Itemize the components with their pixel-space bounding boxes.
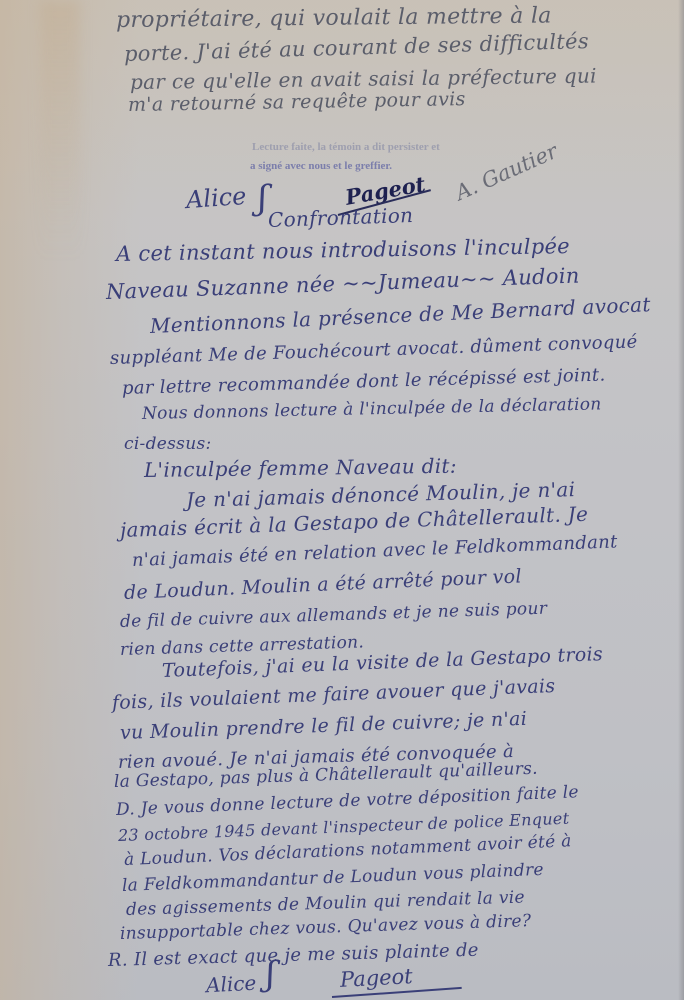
page-edge-shadow — [678, 0, 684, 1000]
handwritten-line: vu Moulin prendre le fil de cuivre; je n… — [120, 708, 528, 744]
handwritten-line: de fil de cuivre aux allemands et je ne … — [120, 599, 548, 632]
signature: Alice — [205, 971, 256, 998]
signature: A. Gautier — [452, 139, 561, 205]
paper-stain — [40, 0, 80, 260]
handwritten-line: ci-dessus: — [124, 434, 212, 454]
handwritten-line: R. Il est exact que je me suis plainte d… — [108, 940, 479, 971]
scanned-document-page: propriétaire, qui voulait la mettre à la… — [0, 0, 684, 1000]
handwritten-line: A cet instant nous introduisons l'inculp… — [116, 234, 570, 266]
handwritten-line: suppléant Me de Fouchécourt avocat. dûme… — [110, 331, 638, 369]
signature: Alice — [185, 182, 247, 214]
handwritten-line: par lettre recommandée dont le récépissé… — [122, 364, 606, 398]
handwritten-line: L'inculpée femme Naveau dit: — [144, 454, 457, 482]
signature-flourish: ʃ — [266, 954, 275, 994]
handwritten-line: Nous donnons lecture à l'inculpée de la … — [142, 394, 602, 424]
stamp-line: Lecture faite, la témoin a dit persister… — [252, 141, 440, 153]
signature-flourish: ʃ — [258, 178, 267, 218]
section-title: Confrontation — [268, 203, 414, 232]
handwritten-line: m'a retourné sa requête pour avis — [128, 88, 466, 116]
stamp-line: a signé avec nous et le greffier. — [250, 160, 392, 172]
handwritten-line: propriétaire, qui voulait la mettre à la — [116, 3, 552, 33]
handwritten-line: porte. J'ai été au courant de ses diffic… — [124, 29, 590, 66]
signature: Pageot — [339, 964, 413, 992]
handwritten-line: de Loudun. Moulin a été arrêté pour vol — [124, 565, 523, 604]
